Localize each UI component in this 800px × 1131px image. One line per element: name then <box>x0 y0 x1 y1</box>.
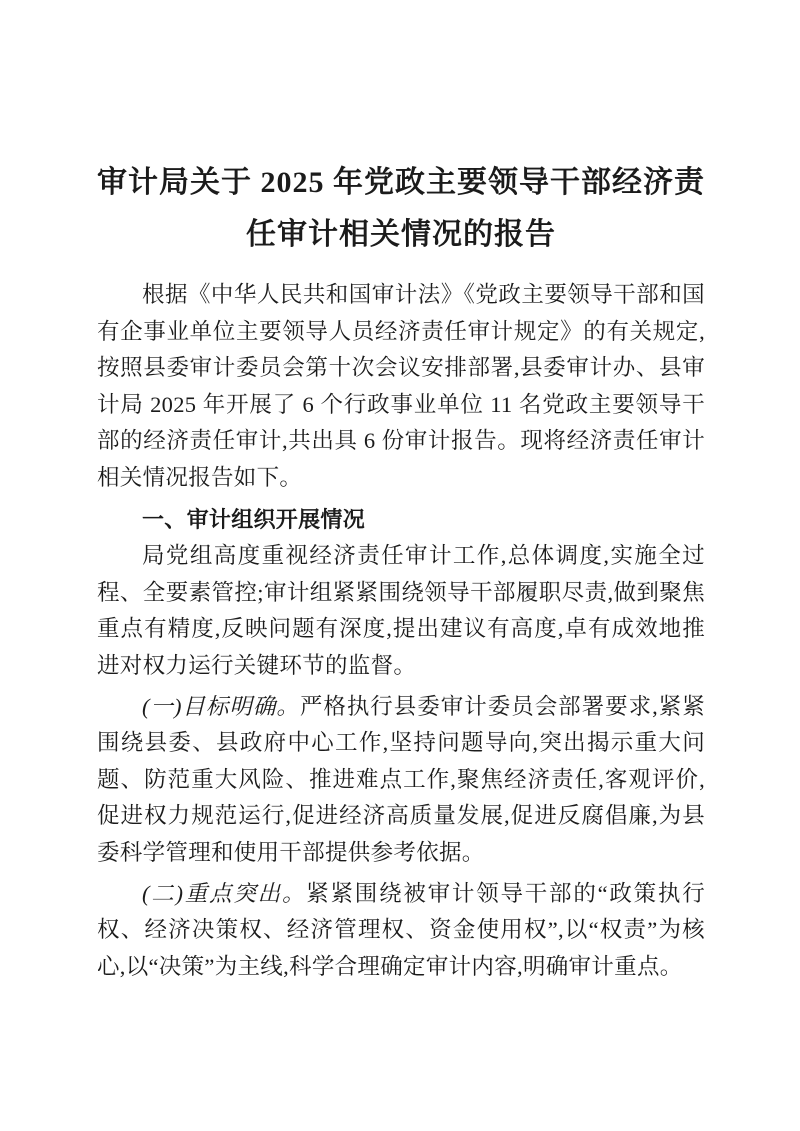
paragraph: 根据《中华人民共和国审计法》《党政主要领导干部和国有企事业单位主要领导人员经济责… <box>97 277 705 497</box>
section-heading: 一、审计组织开展情况 <box>97 502 705 539</box>
document-title-line-2: 任审计相关情况的报告 <box>97 209 705 261</box>
document-page: 审计局关于 2025 年党政主要领导干部经济责 任审计相关情况的报告 根据《中华… <box>0 0 800 1131</box>
document-title-line-1: 审计局关于 2025 年党政主要领导干部经济责 <box>97 157 705 209</box>
paragraph-lead: (一)目标明确。 <box>142 694 300 719</box>
paragraph: 局党组高度重视经济责任审计工作,总体调度,实施全过程、全要素管控;审计组紧紧围绕… <box>97 538 705 684</box>
paragraph: (二)重点突出。紧紧围绕被审计领导干部的“政策执行权、经济决策权、经济管理权、资… <box>97 876 705 986</box>
document-title: 审计局关于 2025 年党政主要领导干部经济责 任审计相关情况的报告 <box>97 157 705 261</box>
document-body: 根据《中华人民共和国审计法》《党政主要领导干部和国有企事业单位主要领导人员经济责… <box>97 277 705 985</box>
paragraph: (一)目标明确。严格执行县委审计委员会部署要求,紧紧围绕县委、县政府中心工作,坚… <box>97 689 705 872</box>
paragraph-lead: (二)重点突出。 <box>142 881 306 906</box>
